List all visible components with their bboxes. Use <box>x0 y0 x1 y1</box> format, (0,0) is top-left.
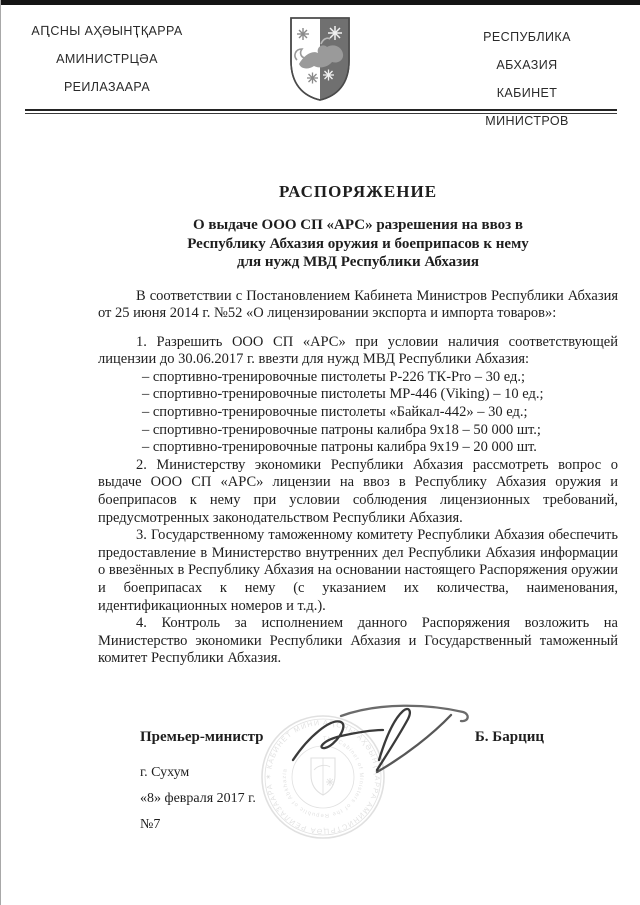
letterhead-line: КАБИНЕТ <box>452 79 602 107</box>
paragraph-point-1: 1. Разрешить ООО СП «АРС» при условии на… <box>98 334 618 369</box>
weapons-list-item: – спортивно-тренировочные патроны калибр… <box>98 422 618 440</box>
paragraph-preamble: В соответствии с Постановлением Кабинета… <box>98 288 618 323</box>
document-text: В соответствии с Постановлением Кабинета… <box>98 288 618 668</box>
subject-line: для нужд МВД Республики Абхазия <box>98 253 618 272</box>
subject-line: Республику Абхазия оружия и боеприпасов … <box>98 235 618 254</box>
subject-line: О выдаче ООО СП «АРС» разрешения на ввоз… <box>98 216 618 235</box>
numbered-paragraphs: 2. Министерству экономики Республики Абх… <box>98 457 618 668</box>
star-bottom-left-icon <box>307 73 318 84</box>
paragraph-point: 2. Министерству экономики Республики Абх… <box>98 457 618 527</box>
document-title: РАСПОРЯЖЕНИЕ <box>98 182 618 202</box>
letterhead-russian: РЕСПУБЛИКА АБХАЗИЯКАБИНЕТМИНИСТРОВ <box>452 23 602 135</box>
paragraph-point: 3. Государственному таможенному комитету… <box>98 527 618 615</box>
document-subject: О выдаче ООО СП «АРС» разрешения на ввоз… <box>98 216 618 272</box>
letterhead-divider <box>25 109 617 114</box>
letterhead-line: РЕСПУБЛИКА АБХАЗИЯ <box>452 23 602 79</box>
abkhazia-coat-of-arms-icon <box>287 14 353 104</box>
document-body: РАСПОРЯЖЕНИЕ О выдаче ООО СП «АРС» разре… <box>98 182 618 668</box>
document-footer: г. Сухум «8» февраля 2017 г. №7 <box>140 765 256 843</box>
star-top-right-icon <box>328 26 342 40</box>
number-line: №7 <box>140 817 256 833</box>
handwritten-signature-icon <box>283 698 483 778</box>
weapons-list-item: – спортивно-тренировочные пистолеты Р-22… <box>98 369 618 387</box>
scan-edge-top <box>0 0 640 5</box>
star-bottom-right-icon <box>323 70 334 81</box>
letterhead-line: АМИНИСТРЦӘА <box>28 45 186 73</box>
weapons-list-item: – спортивно-тренировочные пистолеты «Бай… <box>98 404 618 422</box>
signer-name: Б. Барциц <box>475 729 544 746</box>
signer-post: Премьер-министр <box>140 729 264 746</box>
letterhead-line: АԤСНЫ АҲӘЫНҬҚАРРА <box>28 17 186 45</box>
place-line: г. Сухум <box>140 765 256 781</box>
date-line: «8» февраля 2017 г. <box>140 791 256 807</box>
weapons-list-item: – спортивно-тренировочные патроны калибр… <box>98 439 618 457</box>
letterhead-abkhaz: АԤСНЫ АҲӘЫНҬҚАРРААМИНИСТРЦӘАРЕИЛАЗААРА <box>28 17 186 101</box>
letterhead-line: РЕИЛАЗААРА <box>28 73 186 101</box>
weapons-list-item: – спортивно-тренировочные пистолеты МР-4… <box>98 386 618 404</box>
scan-edge-left <box>0 0 1 905</box>
paragraph-point: 4. Контроль за исполнением данного Распо… <box>98 615 618 668</box>
weapons-list: – спортивно-тренировочные пистолеты Р-22… <box>98 369 618 457</box>
